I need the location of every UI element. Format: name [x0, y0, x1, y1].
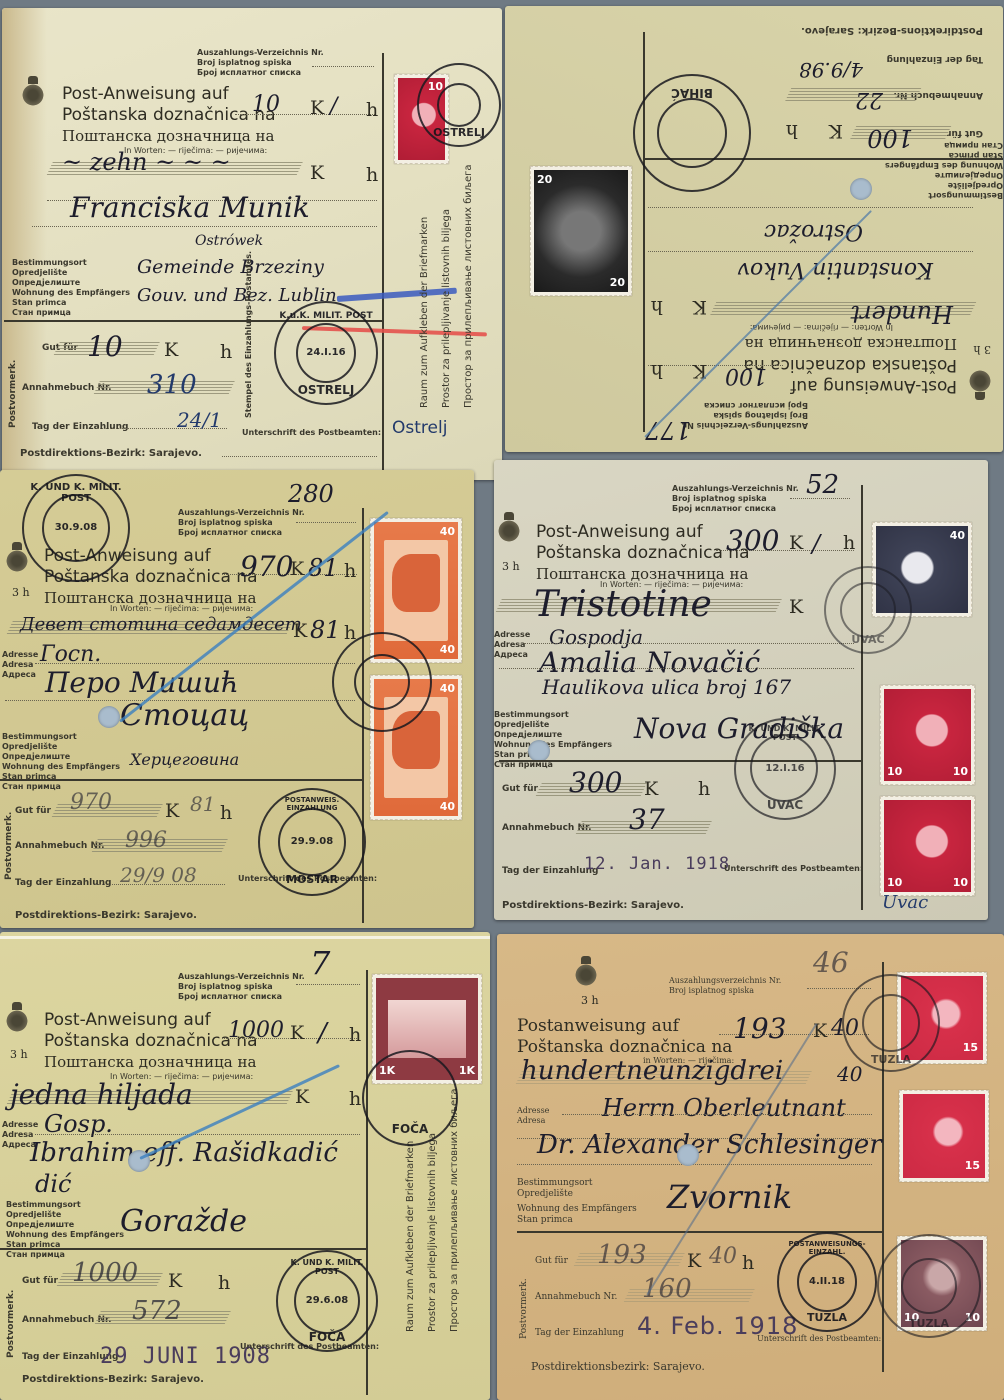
punch-hole	[528, 740, 550, 762]
good-for-amount: 970	[70, 790, 112, 815]
good-for-amount: 100	[867, 124, 913, 152]
amount-in-words: ~ zehn ~ ~ ~	[62, 148, 231, 176]
postmark-tuzla: TUZLA	[842, 974, 940, 1072]
form-title: Postanweisung auf Poštanska doznačnica n…	[517, 1016, 732, 1058]
postmark-ostrelj-deposit: K.u.K. MILIT. POST 24.I.16 OSTRELJ	[274, 301, 378, 405]
postmark-foca: FOČA	[362, 1050, 458, 1146]
register-number: 52	[806, 470, 839, 500]
addressee-name: Dr. Alexander Schlesinger	[537, 1130, 882, 1160]
postmark-stolac: K. UND K. MILIT. POST 30.9.08	[22, 474, 130, 582]
stamp-column-divider	[382, 53, 384, 473]
good-for-amount: 1000	[72, 1258, 138, 1288]
good-for-amount: 193	[597, 1240, 647, 1270]
amount-kronen: 1000	[228, 1018, 284, 1043]
addressee-name: Konstantin Vukov	[738, 257, 933, 282]
register-number: 46	[813, 946, 849, 979]
coat-of-arms-icon	[494, 512, 524, 548]
addressee-name: Ibrahim eff. Rašidkadić	[30, 1138, 338, 1168]
postmark-uvac: UVAC	[824, 566, 912, 654]
destination: Zvornik	[667, 1178, 792, 1216]
residence: Херцеговина	[130, 750, 239, 769]
postmark-mostar	[332, 632, 432, 732]
good-for-amount: 10	[87, 330, 123, 363]
postmark-mostar-deposit: POSTANWEIS. EINZAHLUNG 29.9.08 MOSTAR	[258, 788, 366, 896]
money-order-card-tuzla: 3 h Auszahlungsverzeichnis Nr.Broj ispla…	[497, 934, 1004, 1400]
caption-ostrelj: Ostrelj	[392, 418, 447, 438]
postmark-foca-deposit: K. UND K. MILIT. POST 29.6.08 FOČA	[276, 1250, 378, 1352]
amount-kronen: 193	[733, 1012, 786, 1045]
deposit-date-stamp: 12. Jan. 1918	[584, 854, 730, 874]
addressee-name: Franciska Munik	[70, 191, 310, 224]
form-title: Post-Anweisung auf Poštanska doznačnica …	[44, 1010, 258, 1073]
punch-hole	[677, 1144, 699, 1166]
amount-in-words: jedna hiljada	[10, 1078, 193, 1111]
money-order-card-stolac: Auszahlungs-Verzeichnis Nr.Broj isplatno…	[0, 470, 474, 928]
money-order-card-bihac: Auszahlungs-Verzeichnis Nr.Broj isplatno…	[505, 6, 1003, 452]
register-label: Auszahlungs-Verzeichnis Nr.Broj isplatno…	[197, 48, 324, 78]
good-for-amount: 300	[569, 766, 622, 799]
amount-in-words: Tristotine	[534, 584, 712, 625]
form-title: Post-Anweisung auf Poštanska doznačnica …	[536, 522, 750, 585]
amount-in-words: Hundert	[850, 300, 953, 328]
destination: Gemeinde Brzeziny	[137, 256, 324, 278]
coat-of-arms-icon	[18, 76, 48, 112]
receipt-number: 22	[855, 87, 883, 112]
postmark-bihac: BIHAĆ	[633, 74, 751, 192]
receipt-number: 996	[125, 828, 167, 853]
postmark-tuzla-deposit: POSTANWEISUNGS-EINZAHL. 4.II.18 TUZLA	[777, 1232, 877, 1332]
register-number: 280	[288, 480, 334, 508]
money-order-card-uvac: Auszahlungs-Verzeichnis Nr.Broj isplatno…	[494, 460, 988, 920]
postage-stamp-black-20h: 20 20	[530, 166, 632, 296]
amount-kronen: 10	[252, 92, 280, 117]
postmark-tuzla: TUZLA	[877, 1234, 981, 1338]
postage-stamp-red-10h: 10 10	[880, 685, 975, 785]
punch-hole	[98, 706, 120, 728]
money-order-card-foca: Auszahlungs-Verzeichnis Nr.Broj isplatno…	[0, 932, 490, 1400]
postmark-uvac-deposit: K. UND K. MILIT. POST 12.I.16 UVAC	[734, 718, 836, 820]
deposit-day: 24/1	[177, 408, 222, 432]
postage-stamp-red-10h: 10 10	[880, 796, 975, 896]
amount-kronen: 970	[240, 550, 293, 583]
street-address: Haulikova ulica broj 167	[542, 675, 791, 699]
postage-stamp-red-15h: 15	[899, 1090, 989, 1182]
amount-kronen: 300	[726, 524, 779, 557]
destination: Goražde	[120, 1204, 247, 1239]
amount-in-words: Девет стотина седамдесет	[20, 614, 302, 635]
caption-uvac: Uvac	[882, 892, 928, 913]
receipt-number: 310	[147, 370, 197, 400]
receipt-number: 37	[629, 803, 665, 836]
coat-of-arms-icon	[965, 364, 995, 400]
form-title: Post-Anweisung auf Poštanska doznačnica …	[62, 84, 276, 147]
deposit-day: 29/9 08	[120, 863, 197, 887]
punch-hole	[850, 178, 872, 200]
amount-kronen: 100	[725, 363, 767, 388]
coat-of-arms-icon	[571, 956, 611, 992]
postmark-ostrelj: OSTRELJ	[417, 63, 501, 147]
coat-of-arms-icon	[2, 1002, 32, 1038]
receipt-number: 572	[132, 1296, 182, 1326]
deposit-day: 4/9.98	[799, 58, 863, 82]
amount-in-words: hundertneunzigdrei	[521, 1056, 783, 1086]
addressee-name: Перо Мишић	[45, 666, 239, 699]
register-number: 7	[310, 944, 330, 982]
residence: Gouv. und Bez. Lublin	[137, 285, 337, 306]
money-order-card-ostrelj: Auszahlungs-Verzeichnis Nr.Broj isplatno…	[2, 8, 502, 480]
